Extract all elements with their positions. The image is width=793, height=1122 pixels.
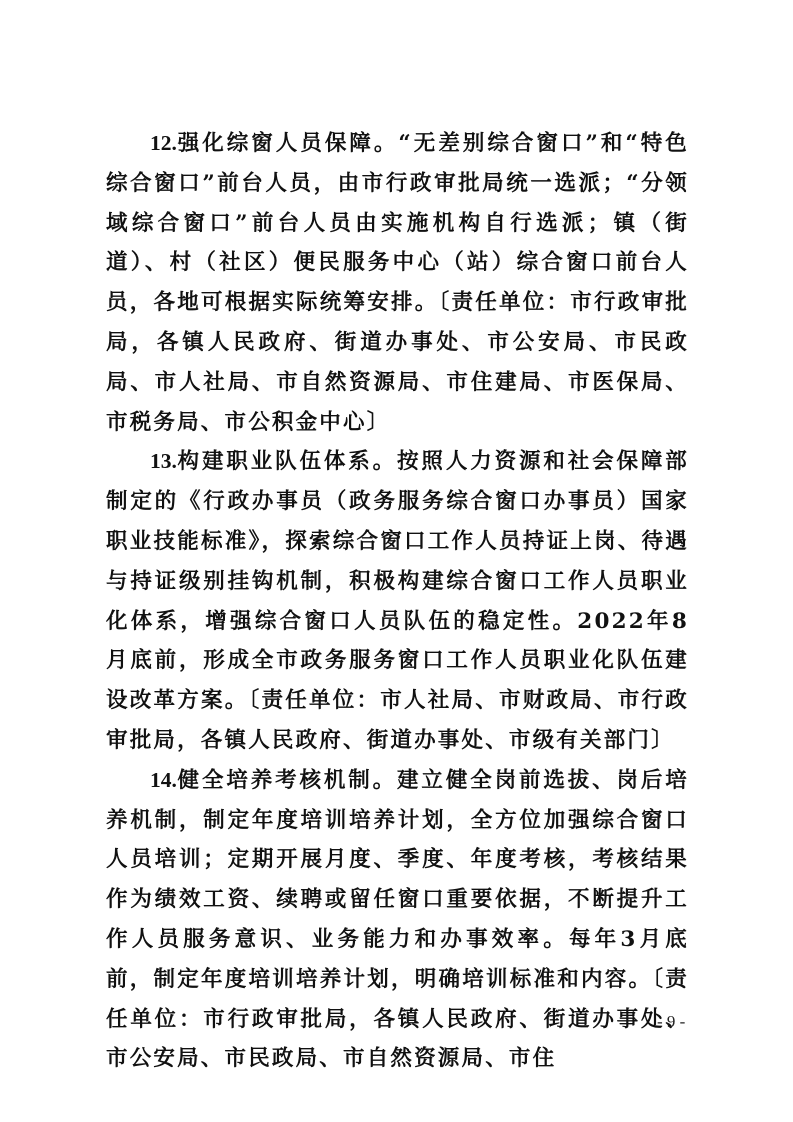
paragraph-number: 12. [150, 131, 177, 155]
paragraph-heading: 构建职业队伍体系。 [177, 449, 397, 474]
paragraph-body: 建立健全岗前选拔、岗后培养机制，制定年度培训培养计划，全方位加强综合窗口人员培训… [106, 768, 689, 1072]
paragraph-body: 按照人力资源和社会保障部制定的《行政办事员（政务服务综合窗口办事员）国家职业技能… [106, 449, 689, 753]
page-number: - 9 - [657, 1012, 685, 1032]
paragraph-number: 13. [150, 449, 177, 473]
paragraph-heading: 强化综窗人员保障。 [177, 131, 399, 156]
paragraph-13: 13.构建职业队伍体系。按照人力资源和社会保障部制定的《行政办事员（政务服务综合… [106, 442, 689, 760]
paragraph-number: 14. [150, 768, 177, 792]
document-page-body: 12.强化综窗人员保障。“无差别综合窗口”和“特色综合窗口”前台人员，由市行政审… [106, 124, 689, 1079]
paragraph-14: 14.健全培养考核机制。建立健全岗前选拔、岗后培养机制，制定年度培训培养计划，全… [106, 761, 689, 1079]
paragraph-heading: 健全培养考核机制。 [177, 768, 397, 793]
paragraph-12: 12.强化综窗人员保障。“无差别综合窗口”和“特色综合窗口”前台人员，由市行政审… [106, 124, 689, 442]
paragraph-body: “无差别综合窗口”和“特色综合窗口”前台人员，由市行政审批局统一选派；“分领域综… [106, 131, 689, 435]
